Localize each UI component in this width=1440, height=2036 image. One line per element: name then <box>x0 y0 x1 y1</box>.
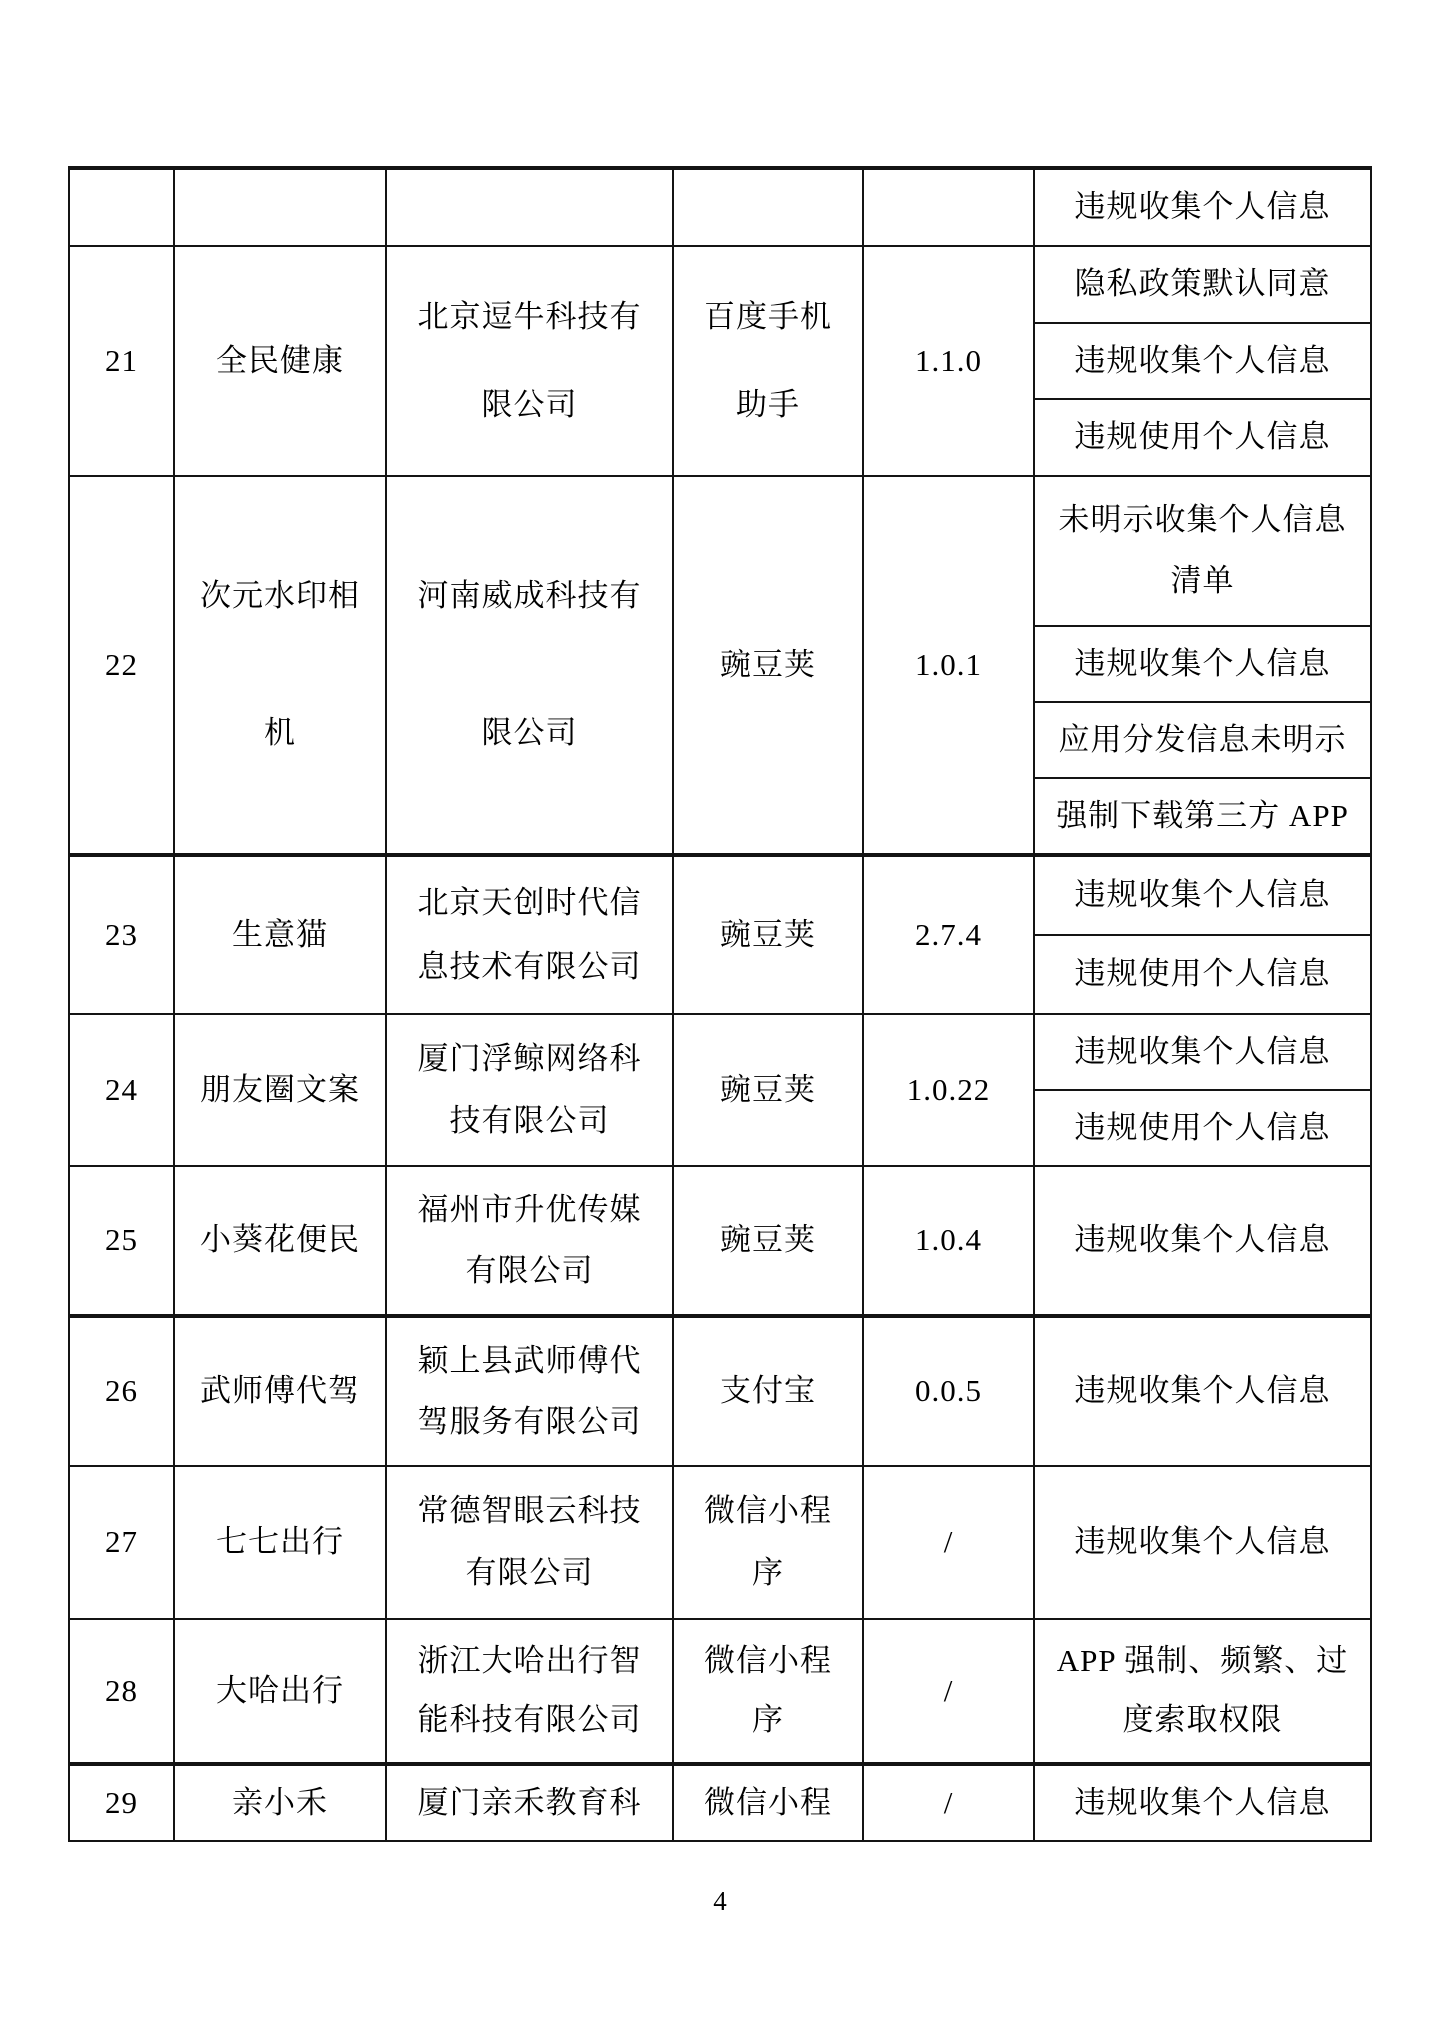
violation-item-line: 违规收集个人信息 <box>1075 1034 1331 1071</box>
violation-item: 隐私政策默认同意 <box>1035 247 1370 324</box>
violation-item: 违规收集个人信息 <box>1035 1318 1370 1465</box>
cell-violations: 未明示收集个人信息清单违规收集个人信息应用分发信息未明示强制下载第三方 APP <box>1035 477 1370 853</box>
cell-app-name-line: 七七出行 <box>216 1524 344 1561</box>
document-page: 违规收集个人信息21全民健康北京逗牛科技有限公司百度手机助手1.1.0隐私政策默… <box>0 0 1440 2036</box>
cell-app-name <box>175 170 387 245</box>
violation-item-line: 强制下载第三方 APP <box>1056 798 1349 835</box>
cell-platform-line: 百度手机 <box>704 299 832 336</box>
cell-platform-line: 豌豆荚 <box>720 917 816 954</box>
cell-version <box>864 170 1035 245</box>
violation-item: 违规收集个人信息 <box>1035 170 1370 245</box>
cell-company-line: 有限公司 <box>466 1253 594 1290</box>
cell-company-line: 福州市升优传媒 <box>418 1192 642 1229</box>
cell-company-line: 北京天创时代信 <box>418 885 642 922</box>
violation-item: 违规收集个人信息 <box>1035 627 1370 703</box>
cell-violations: APP 强制、频繁、过度索取权限 <box>1035 1620 1370 1762</box>
cell-app-name-line: 亲小禾 <box>232 1785 328 1822</box>
cell-version: 0.0.5 <box>864 1318 1035 1465</box>
violation-item-line: 未明示收集个人信息 <box>1059 502 1347 539</box>
cell-platform-line: 豌豆荚 <box>720 1072 816 1109</box>
cell-company <box>387 170 674 245</box>
cell-company: 福州市升优传媒有限公司 <box>387 1167 674 1314</box>
cell-version: 2.7.4 <box>864 857 1035 1013</box>
cell-row-number: 25 <box>70 1167 175 1314</box>
violation-item-line: 违规使用个人信息 <box>1075 419 1331 456</box>
cell-company-line: 有限公司 <box>466 1555 594 1592</box>
violation-item: 违规使用个人信息 <box>1035 400 1370 475</box>
cell-app-name: 生意猫 <box>175 857 387 1013</box>
cell-app-name-line: 次元水印相 <box>200 578 360 615</box>
cell-app-name: 大哈出行 <box>175 1620 387 1762</box>
cell-platform: 豌豆荚 <box>674 1015 864 1165</box>
violation-item-line: 违规收集个人信息 <box>1075 1785 1331 1822</box>
cell-app-name-line: 机 <box>264 715 296 752</box>
violation-item-line: APP 强制、频繁、过 <box>1057 1643 1348 1680</box>
cell-platform <box>674 170 864 245</box>
cell-violations: 违规收集个人信息 <box>1035 170 1370 245</box>
cell-app-name: 武师傅代驾 <box>175 1318 387 1465</box>
cell-app-name-line: 大哈出行 <box>216 1673 344 1710</box>
cell-row-number-line: 27 <box>105 1524 138 1561</box>
table-row: 24朋友圈文案厦门浮鲸网络科技有限公司豌豆荚1.0.22违规收集个人信息违规使用… <box>70 1015 1370 1167</box>
cell-row-number: 21 <box>70 247 175 475</box>
cell-row-number: 29 <box>70 1766 175 1840</box>
violation-item-line: 违规收集个人信息 <box>1075 1373 1331 1410</box>
table-row: 21全民健康北京逗牛科技有限公司百度手机助手1.1.0隐私政策默认同意违规收集个… <box>70 247 1370 477</box>
cell-version-line: / <box>944 1673 954 1710</box>
cell-row-number: 27 <box>70 1467 175 1618</box>
cell-company: 北京天创时代信息技术有限公司 <box>387 857 674 1013</box>
violation-item-line: 清单 <box>1171 563 1235 600</box>
violation-item-line: 隐私政策默认同意 <box>1075 266 1331 303</box>
cell-violations: 违规收集个人信息 <box>1035 1167 1370 1314</box>
cell-company-line: 北京逗牛科技有 <box>418 299 642 336</box>
page-number: 4 <box>0 1886 1440 1917</box>
cell-row-number: 28 <box>70 1620 175 1762</box>
cell-company-line: 技有限公司 <box>450 1103 610 1140</box>
violation-item: 违规收集个人信息 <box>1035 324 1370 401</box>
cell-violations: 违规收集个人信息 <box>1035 1467 1370 1618</box>
cell-version: 1.0.22 <box>864 1015 1035 1165</box>
cell-platform-line: 微信小程 <box>704 1643 832 1680</box>
cell-version-line: 1.0.4 <box>915 1222 982 1259</box>
cell-version-line: 2.7.4 <box>915 917 982 954</box>
cell-row-number-line: 23 <box>105 917 138 954</box>
violation-item: 违规收集个人信息 <box>1035 857 1370 936</box>
cell-app-name-line: 小葵花便民 <box>200 1222 360 1259</box>
violation-item: 违规使用个人信息 <box>1035 1091 1370 1165</box>
table-row: 违规收集个人信息 <box>70 170 1370 247</box>
cell-company-line: 颖上县武师傅代 <box>418 1343 642 1380</box>
cell-platform: 微信小程序 <box>674 1467 864 1618</box>
cell-version-line: 1.1.0 <box>915 343 982 380</box>
cell-row-number <box>70 170 175 245</box>
violation-item-line: 违规收集个人信息 <box>1075 646 1331 683</box>
table-row: 22次元水印相机河南威成科技有限公司豌豆荚1.0.1未明示收集个人信息清单违规收… <box>70 477 1370 857</box>
cell-platform: 豌豆荚 <box>674 857 864 1013</box>
cell-company: 颖上县武师傅代驾服务有限公司 <box>387 1318 674 1465</box>
cell-company-line: 厦门浮鲸网络科 <box>418 1041 642 1078</box>
cell-platform: 豌豆荚 <box>674 477 864 853</box>
violation-item-line: 违规收集个人信息 <box>1075 1222 1331 1259</box>
violation-item: 违规收集个人信息 <box>1035 1467 1370 1618</box>
cell-row-number: 22 <box>70 477 175 853</box>
cell-platform: 支付宝 <box>674 1318 864 1465</box>
cell-version-line: / <box>944 1524 954 1561</box>
cell-version-line: 1.0.22 <box>907 1072 991 1109</box>
cell-platform-line: 助手 <box>736 387 800 424</box>
violation-item-line: 违规收集个人信息 <box>1075 343 1331 380</box>
cell-row-number-line: 22 <box>105 647 138 684</box>
table-row: 26武师傅代驾颖上县武师傅代驾服务有限公司支付宝0.0.5违规收集个人信息 <box>70 1318 1370 1467</box>
cell-platform-line: 支付宝 <box>720 1373 816 1410</box>
cell-company: 厦门亲禾教育科 <box>387 1766 674 1840</box>
cell-row-number-line: 26 <box>105 1373 138 1410</box>
cell-company-line: 驾服务有限公司 <box>418 1404 642 1441</box>
violation-item-line: 违规使用个人信息 <box>1075 1110 1331 1147</box>
cell-platform: 微信小程 <box>674 1766 864 1840</box>
cell-app-name: 全民健康 <box>175 247 387 475</box>
table-row: 29亲小禾厦门亲禾教育科微信小程/违规收集个人信息 <box>70 1766 1370 1840</box>
cell-company-line: 常德智眼云科技 <box>418 1493 642 1530</box>
cell-company: 浙江大哈出行智能科技有限公司 <box>387 1620 674 1762</box>
violation-item-line: 违规收集个人信息 <box>1075 1524 1331 1561</box>
cell-violations: 违规收集个人信息违规使用个人信息 <box>1035 857 1370 1013</box>
cell-violations: 违规收集个人信息 <box>1035 1766 1370 1840</box>
violation-item: 违规收集个人信息 <box>1035 1766 1370 1840</box>
cell-company-line: 能科技有限公司 <box>418 1702 642 1739</box>
cell-platform: 百度手机助手 <box>674 247 864 475</box>
cell-app-name: 七七出行 <box>175 1467 387 1618</box>
cell-row-number-line: 21 <box>105 343 138 380</box>
cell-company: 厦门浮鲸网络科技有限公司 <box>387 1015 674 1165</box>
cell-row-number-line: 29 <box>105 1785 138 1822</box>
cell-row-number-line: 24 <box>105 1072 138 1109</box>
violation-item: 未明示收集个人信息清单 <box>1035 477 1370 627</box>
cell-platform-line: 序 <box>752 1555 784 1592</box>
cell-version: 1.1.0 <box>864 247 1035 475</box>
cell-version: 1.0.1 <box>864 477 1035 853</box>
table-row: 25小葵花便民福州市升优传媒有限公司豌豆荚1.0.4违规收集个人信息 <box>70 1167 1370 1318</box>
cell-platform-line: 微信小程 <box>704 1785 832 1822</box>
cell-version-line: 0.0.5 <box>915 1373 982 1410</box>
cell-company-line: 河南威成科技有 <box>418 578 642 615</box>
cell-row-number-line: 25 <box>105 1222 138 1259</box>
cell-platform: 微信小程序 <box>674 1620 864 1762</box>
violation-item-line: 违规收集个人信息 <box>1075 877 1331 914</box>
violations-table: 违规收集个人信息21全民健康北京逗牛科技有限公司百度手机助手1.1.0隐私政策默… <box>68 166 1372 1842</box>
cell-version: / <box>864 1766 1035 1840</box>
violation-item: 违规收集个人信息 <box>1035 1167 1370 1314</box>
cell-version-line: / <box>944 1785 954 1822</box>
cell-row-number: 24 <box>70 1015 175 1165</box>
cell-company-line: 限公司 <box>482 715 578 752</box>
violation-item: 应用分发信息未明示 <box>1035 703 1370 779</box>
cell-row-number: 26 <box>70 1318 175 1465</box>
cell-platform: 豌豆荚 <box>674 1167 864 1314</box>
cell-version: / <box>864 1467 1035 1618</box>
cell-platform-line: 微信小程 <box>704 1493 832 1530</box>
violation-item: APP 强制、频繁、过度索取权限 <box>1035 1620 1370 1762</box>
cell-company-line: 息技术有限公司 <box>418 949 642 986</box>
cell-app-name-line: 朋友圈文案 <box>200 1072 360 1109</box>
cell-app-name-line: 全民健康 <box>216 343 344 380</box>
cell-violations: 违规收集个人信息违规使用个人信息 <box>1035 1015 1370 1165</box>
cell-company-line: 浙江大哈出行智 <box>418 1643 642 1680</box>
violation-item-line: 应用分发信息未明示 <box>1059 722 1347 759</box>
cell-app-name: 次元水印相机 <box>175 477 387 853</box>
cell-app-name-line: 生意猫 <box>232 917 328 954</box>
cell-app-name-line: 武师傅代驾 <box>200 1373 360 1410</box>
violation-item: 强制下载第三方 APP <box>1035 779 1370 853</box>
cell-version-line: 1.0.1 <box>915 647 982 684</box>
cell-company: 河南威成科技有限公司 <box>387 477 674 853</box>
cell-company-line: 限公司 <box>482 387 578 424</box>
violation-item-line: 违规使用个人信息 <box>1075 956 1331 993</box>
table-row: 28大哈出行浙江大哈出行智能科技有限公司微信小程序/APP 强制、频繁、过度索取… <box>70 1620 1370 1766</box>
violation-item-line: 违规收集个人信息 <box>1075 189 1331 226</box>
cell-company: 北京逗牛科技有限公司 <box>387 247 674 475</box>
cell-violations: 违规收集个人信息 <box>1035 1318 1370 1465</box>
cell-platform-line: 豌豆荚 <box>720 1222 816 1259</box>
cell-app-name: 朋友圈文案 <box>175 1015 387 1165</box>
cell-version: / <box>864 1620 1035 1762</box>
table-row: 23生意猫北京天创时代信息技术有限公司豌豆荚2.7.4违规收集个人信息违规使用个… <box>70 857 1370 1015</box>
cell-platform-line: 豌豆荚 <box>720 647 816 684</box>
cell-company: 常德智眼云科技有限公司 <box>387 1467 674 1618</box>
cell-violations: 隐私政策默认同意违规收集个人信息违规使用个人信息 <box>1035 247 1370 475</box>
violation-item: 违规收集个人信息 <box>1035 1015 1370 1091</box>
cell-row-number: 23 <box>70 857 175 1013</box>
cell-company-line: 厦门亲禾教育科 <box>418 1785 642 1822</box>
cell-app-name: 亲小禾 <box>175 1766 387 1840</box>
violation-item-line: 度索取权限 <box>1123 1702 1283 1739</box>
cell-platform-line: 序 <box>752 1702 784 1739</box>
table-row: 27七七出行常德智眼云科技有限公司微信小程序/违规收集个人信息 <box>70 1467 1370 1620</box>
cell-version: 1.0.4 <box>864 1167 1035 1314</box>
cell-row-number-line: 28 <box>105 1673 138 1710</box>
cell-app-name: 小葵花便民 <box>175 1167 387 1314</box>
violation-item: 违规使用个人信息 <box>1035 936 1370 1013</box>
